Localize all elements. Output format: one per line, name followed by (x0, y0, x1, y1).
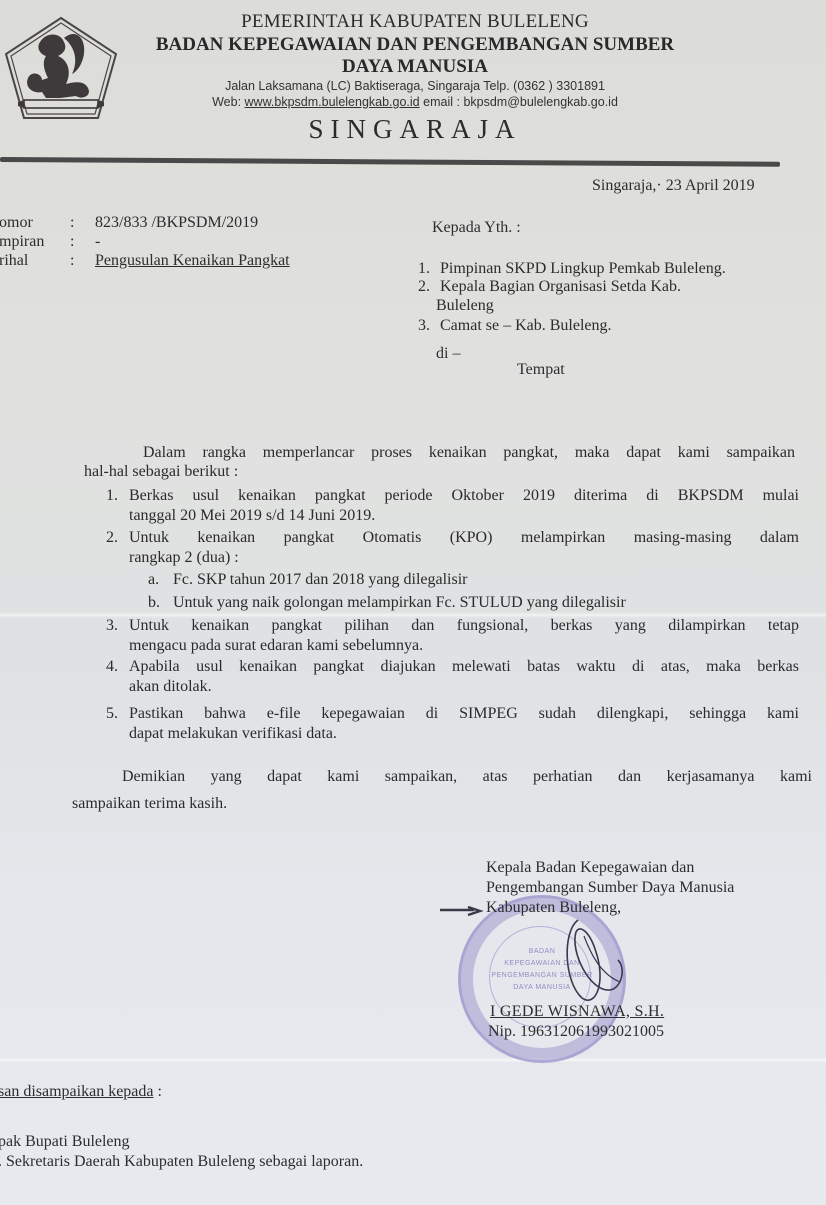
letterhead-divider (0, 157, 780, 167)
recipient-item: 1. Pimpinan SKPD Lingkup Pemkab Buleleng… (418, 260, 726, 278)
meta-value-lampiran: - (95, 233, 100, 251)
meta-label-perihal: rihal (0, 252, 28, 270)
recipient-text: Camat se – Kab. Buleleng. (440, 317, 612, 334)
item-text: Untuk kenaikan pangkat pilihan dan fungs… (129, 616, 799, 636)
item-number: 2. (106, 528, 118, 548)
paper-fold (0, 1057, 826, 1063)
recipient-number: 3. (418, 317, 436, 335)
item-line: Untuk kenaikan pangkat pilihan dan fungs… (129, 616, 799, 636)
letterhead: PEMERINTAH KABUPATEN BULELENG BADAN KEPE… (120, 10, 710, 146)
pen-mark-icon (440, 906, 486, 916)
meta-value-perihal: Pengusulan Kenaikan Pangkat (95, 252, 290, 270)
signatory-title: Pengembangan Sumber Daya Manusia (486, 878, 734, 898)
agency-name-cont: DAYA MANUSIA (120, 56, 710, 78)
subitem-letter: a. (148, 570, 159, 590)
addressee-heading: Kepada Yth. : (432, 219, 521, 237)
web-label: Web: (212, 95, 241, 109)
item-text: Untuk kenaikan pangkat Otomatis (KPO) me… (129, 528, 799, 548)
item-number: 3. (106, 616, 118, 636)
item-text: Apabila usul kenaikan pangkat diajukan m… (129, 657, 799, 677)
cc-item: pak Bupati Buleleng (0, 1133, 130, 1151)
item-line: dapat melakukan verifikasi data. (129, 724, 337, 744)
recipient-number: 1. (418, 260, 436, 278)
letter-date: Singaraja,· 23 April 2019 (592, 177, 755, 195)
city-heading: SINGARAJA (120, 112, 710, 146)
meta-colon: : (70, 233, 74, 251)
recipient-item: 3. Camat se – Kab. Buleleng. (418, 317, 612, 335)
government-name: PEMERINTAH KABUPATEN BULELENG (120, 10, 710, 34)
addressee-di: di – (436, 345, 460, 363)
cc-heading-text: san disampaikan kepada (0, 1083, 154, 1100)
item-text: Berkas usul kenaikan pangkat periode Okt… (129, 486, 799, 506)
signatory-title: Kepala Badan Kepegawaian dan (486, 858, 694, 878)
agency-contact: Web: www.bkpsdm.bulelengkab.go.id email … (120, 94, 710, 110)
meta-label-nomor: omor (0, 214, 33, 232)
meta-label-lampiran: mpiran (0, 233, 44, 251)
intro-line: Dalam rangka memperlancar proses kenaika… (143, 443, 795, 463)
recipient-item: 2. Kepala Bagian Organisasi Setda Kab. (418, 278, 681, 296)
meta-colon: : (70, 252, 74, 270)
item-number: 1. (106, 486, 118, 506)
closing-line: Demikian yang dapat kami sampaikan, atas… (122, 767, 812, 787)
recipient-text: Pimpinan SKPD Lingkup Pemkab Buleleng. (440, 260, 726, 277)
cc-heading-colon: : (154, 1083, 162, 1100)
closing-line: sampaikan terima kasih. (72, 794, 227, 814)
item-line: mengacu pada surat edaran kami sebelumny… (129, 636, 423, 656)
recipient-text: Kepala Bagian Organisasi Setda Kab. (440, 278, 681, 295)
email-label: email : (423, 95, 460, 109)
email-address[interactable]: bkpsdm@bulelengkab.go.id (463, 95, 617, 109)
intro-line: hal-hal sebagai berikut : (84, 462, 238, 482)
recipient-number: 2. (418, 278, 436, 296)
agency-address: Jalan Laksamana (LC) Baktiseraga, Singar… (120, 78, 710, 94)
subitem-text: Fc. SKP tahun 2017 dan 2018 yang dilegal… (173, 570, 468, 590)
item-line: akan ditolak. (129, 677, 212, 697)
item-line: rangkap 2 (dua) : (129, 548, 239, 568)
item-text: Pastikan bahwa e-file kepegawaian di SIM… (129, 704, 799, 724)
item-number: 5. (106, 704, 118, 724)
buleleng-regency-emblem-icon (2, 14, 120, 122)
meta-value-nomor: 823/833 /BKPSDM/2019 (95, 214, 258, 232)
website-link[interactable]: www.bkpsdm.bulelengkab.go.id (245, 95, 420, 109)
subitem-text: Untuk yang naik golongan melampirkan Fc.… (173, 593, 626, 613)
addressee-tempat: Tempat (517, 361, 565, 379)
cc-item: . Sekretaris Daerah Kabupaten Buleleng s… (0, 1153, 363, 1171)
item-line: tanggal 20 Mei 2019 s/d 14 Juni 2019. (129, 506, 375, 526)
signatory-name: I GEDE WISNAWA, S.H. (490, 1003, 664, 1021)
meta-colon: : (70, 214, 74, 232)
item-line: Untuk kenaikan pangkat Otomatis (KPO) me… (129, 528, 799, 548)
item-line: Berkas usul kenaikan pangkat periode Okt… (129, 486, 799, 506)
intro-text: Dalam rangka memperlancar proses kenaika… (143, 443, 795, 463)
handwritten-signature (560, 912, 640, 1012)
signatory-nip: Nip. 196312061993021005 (488, 1023, 664, 1041)
closing-text: Demikian yang dapat kami sampaikan, atas… (122, 767, 812, 787)
subitem-letter: b. (148, 593, 160, 613)
item-line: Apabila usul kenaikan pangkat diajukan m… (129, 657, 799, 677)
recipient-text-cont: Buleleng (436, 297, 494, 315)
cc-heading: san disampaikan kepada : (0, 1083, 162, 1101)
agency-name: BADAN KEPEGAWAIAN DAN PENGEMBANGAN SUMBE… (120, 34, 710, 56)
item-line: Pastikan bahwa e-file kepegawaian di SIM… (129, 704, 799, 724)
item-number: 4. (106, 657, 118, 677)
